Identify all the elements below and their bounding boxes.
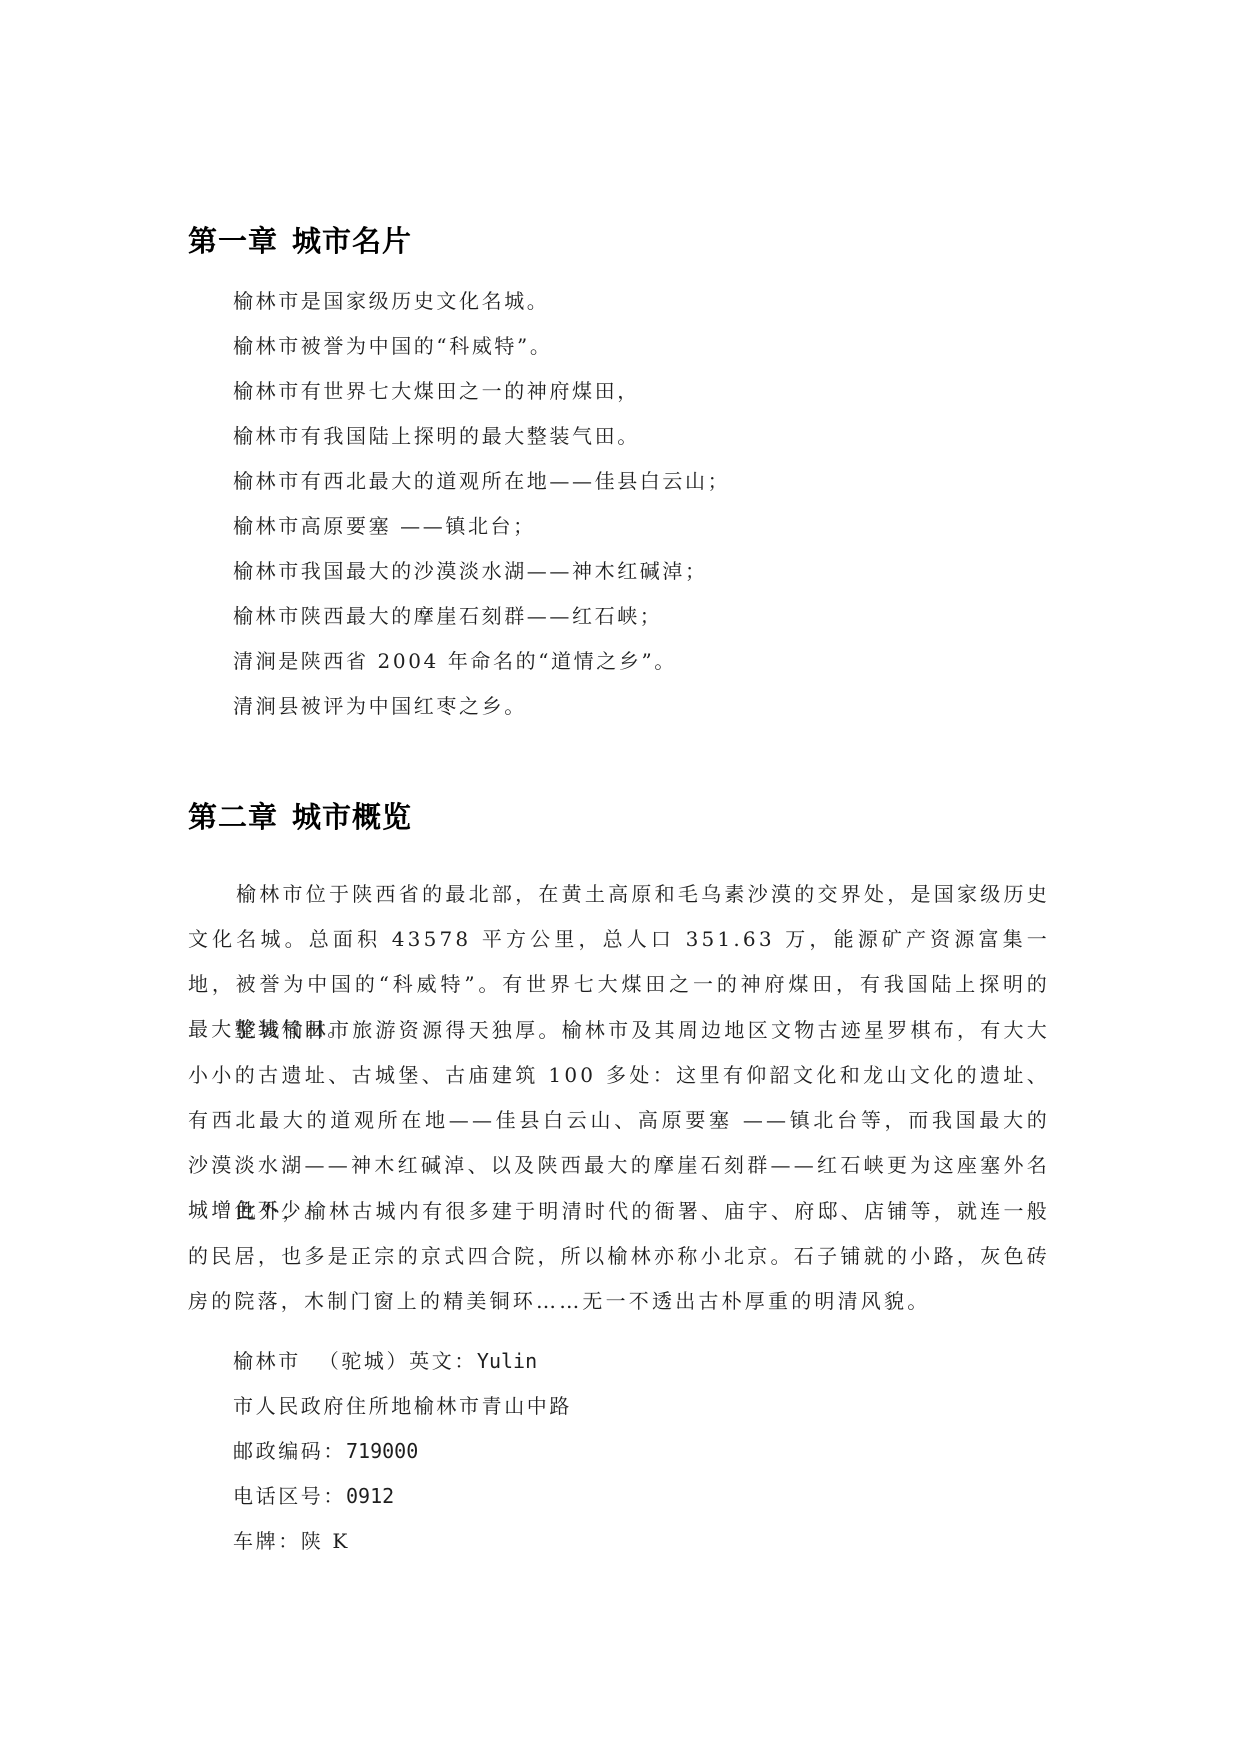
overview-paragraph-3: 此外，榆林古城内有很多建于明清时代的衙署、庙宇、府邸、店铺等，就连一般的民居，也… bbox=[188, 1189, 1050, 1324]
chapter-2-number: 第二章 bbox=[188, 800, 278, 834]
city-name-label: 榆林市 （驼城）英文： bbox=[233, 1349, 477, 1373]
city-english-name: Yulin bbox=[477, 1349, 537, 1373]
chapter-1-number: 第一章 bbox=[188, 224, 278, 258]
city-name-line: 榆林市 （驼城）英文：Yulin bbox=[233, 1348, 537, 1374]
postal-code-label: 邮政编码： bbox=[233, 1439, 346, 1463]
chapter-2-heading-text: 城市概览 bbox=[292, 800, 412, 834]
postal-code-value: 719000 bbox=[346, 1439, 418, 1463]
fact-line: 榆林市有我国陆上探明的最大整装气田。 bbox=[233, 423, 640, 449]
fact-line: 榆林市是国家级历史文化名城。 bbox=[233, 288, 549, 314]
fact-line: 榆林市陕西最大的摩崖石刻群——红石峡； bbox=[233, 603, 662, 629]
chapter-2-title: 第二章城市概览 bbox=[188, 800, 412, 834]
fact-line: 榆林市有西北最大的道观所在地——佳县白云山； bbox=[233, 468, 730, 494]
license-plate-line: 车牌：陕 K bbox=[233, 1528, 350, 1554]
fact-line: 榆林市有世界七大煤田之一的神府煤田， bbox=[233, 378, 640, 404]
fact-line: 榆林市高原要塞 ——镇北台； bbox=[233, 513, 536, 539]
government-address-line: 市人民政府住所地榆林市青山中路 bbox=[233, 1393, 572, 1419]
phone-area-code-value: 0912 bbox=[346, 1484, 394, 1508]
fact-line: 榆林市我国最大的沙漠淡水湖——神木红碱淖； bbox=[233, 558, 708, 584]
fact-line: 榆林市被誉为中国的“科威特”。 bbox=[233, 333, 552, 359]
postal-code-line: 邮政编码：719000 bbox=[233, 1438, 418, 1464]
fact-line: 清涧县被评为中国红枣之乡。 bbox=[233, 693, 527, 719]
chapter-1-title: 第一章城市名片 bbox=[188, 224, 412, 258]
phone-area-code-label: 电话区号： bbox=[233, 1484, 346, 1508]
chapter-1-heading-text: 城市名片 bbox=[292, 224, 412, 258]
license-plate-value: 陕 K bbox=[301, 1529, 350, 1553]
license-plate-label: 车牌： bbox=[233, 1529, 301, 1553]
phone-area-code-line: 电话区号：0912 bbox=[233, 1483, 394, 1509]
fact-line: 清涧是陕西省 2004 年命名的“道情之乡”。 bbox=[233, 648, 677, 674]
